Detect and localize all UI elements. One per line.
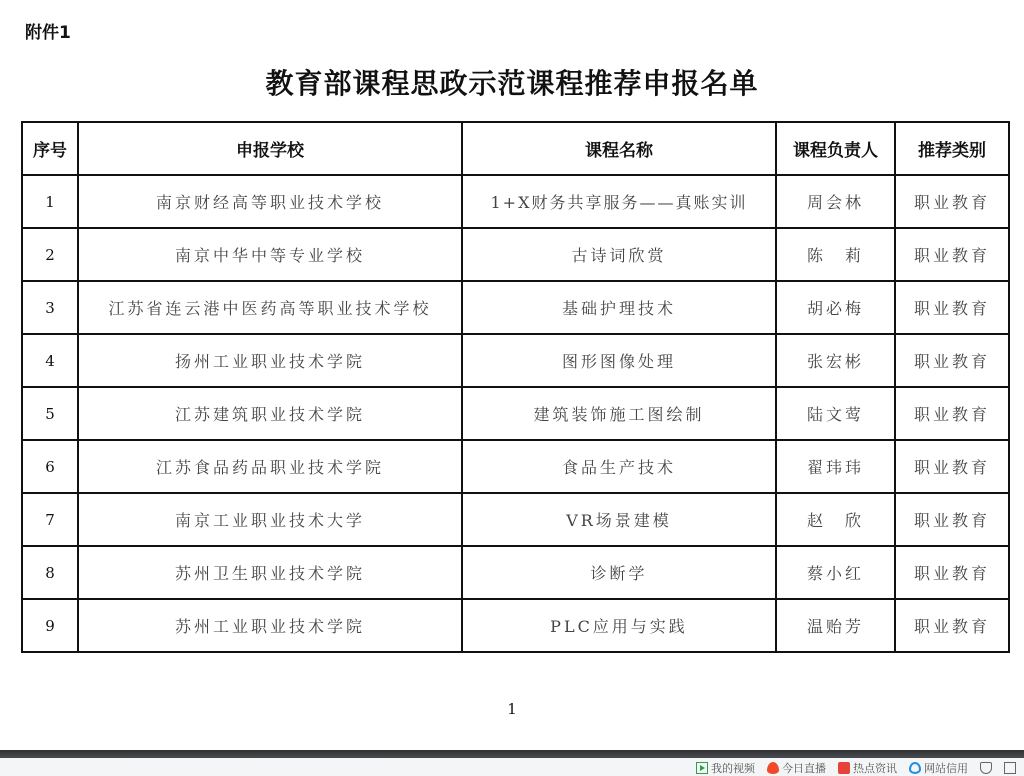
cell-leader: 胡必梅 bbox=[776, 281, 895, 334]
cell-course: 1+X财务共享服务——真账实训 bbox=[462, 175, 776, 228]
page-title: 教育部课程思政示范课程推荐申报名单 bbox=[0, 62, 1024, 102]
cell-index: 8 bbox=[22, 546, 78, 599]
cell-leader: 张宏彬 bbox=[776, 334, 895, 387]
cell-index: 5 bbox=[22, 387, 78, 440]
status-label: 热点资讯 bbox=[853, 760, 897, 776]
fire-icon bbox=[767, 762, 779, 774]
status-label: 我的视频 bbox=[711, 760, 755, 776]
cell-course: 诊断学 bbox=[462, 546, 776, 599]
cell-index: 4 bbox=[22, 334, 78, 387]
table-row: 6 江苏食品药品职业技术学院 食品生产技术 翟玮玮 职业教育 bbox=[22, 440, 1009, 493]
table-row: 5 江苏建筑职业技术学院 建筑装饰施工图绘制 陆文莺 职业教育 bbox=[22, 387, 1009, 440]
viewer-scrollbar[interactable] bbox=[0, 750, 1024, 758]
table-row: 1 南京财经高等职业技术学校 1+X财务共享服务——真账实训 周会林 职业教育 bbox=[22, 175, 1009, 228]
status-site-credit[interactable]: 网站信用 bbox=[909, 760, 968, 776]
cell-leader: 温贻芳 bbox=[776, 599, 895, 652]
table-row: 3 江苏省连云港中医药高等职业技术学校 基础护理技术 胡必梅 职业教育 bbox=[22, 281, 1009, 334]
table-row: 4 扬州工业职业技术学院 图形图像处理 张宏彬 职业教育 bbox=[22, 334, 1009, 387]
news-icon bbox=[838, 762, 850, 774]
cell-category: 职业教育 bbox=[895, 599, 1009, 652]
cell-school: 江苏省连云港中医药高等职业技术学校 bbox=[78, 281, 462, 334]
cell-school: 南京中华中等专业学校 bbox=[78, 228, 462, 281]
status-hot-news[interactable]: 热点资讯 bbox=[838, 760, 897, 776]
cell-leader: 周会林 bbox=[776, 175, 895, 228]
header-index: 序号 bbox=[22, 122, 78, 175]
cell-category: 职业教育 bbox=[895, 546, 1009, 599]
course-list-table: 序号 申报学校 课程名称 课程负责人 推荐类别 1 南京财经高等职业技术学校 1… bbox=[21, 121, 1010, 653]
cell-school: 苏州工业职业技术学院 bbox=[78, 599, 462, 652]
cell-course: PLC应用与实践 bbox=[462, 599, 776, 652]
header-category: 推荐类别 bbox=[895, 122, 1009, 175]
cell-course: 基础护理技术 bbox=[462, 281, 776, 334]
header-leader: 课程负责人 bbox=[776, 122, 895, 175]
cell-course: VR场景建模 bbox=[462, 493, 776, 546]
cell-school: 苏州卫生职业技术学院 bbox=[78, 546, 462, 599]
table-row: 9 苏州工业职业技术学院 PLC应用与实践 温贻芳 职业教育 bbox=[22, 599, 1009, 652]
cell-index: 2 bbox=[22, 228, 78, 281]
video-icon bbox=[696, 762, 708, 774]
cell-index: 6 bbox=[22, 440, 78, 493]
cell-leader: 陆文莺 bbox=[776, 387, 895, 440]
shield-icon[interactable] bbox=[980, 762, 992, 774]
cell-category: 职业教育 bbox=[895, 493, 1009, 546]
cell-index: 7 bbox=[22, 493, 78, 546]
header-school: 申报学校 bbox=[78, 122, 462, 175]
cell-course: 古诗词欣赏 bbox=[462, 228, 776, 281]
status-label: 网站信用 bbox=[924, 760, 968, 776]
cell-school: 南京财经高等职业技术学校 bbox=[78, 175, 462, 228]
cell-category: 职业教育 bbox=[895, 334, 1009, 387]
attachment-label: 附件1 bbox=[25, 18, 71, 43]
cell-school: 扬州工业职业技术学院 bbox=[78, 334, 462, 387]
table-row: 2 南京中华中等专业学校 古诗词欣赏 陈 莉 职业教育 bbox=[22, 228, 1009, 281]
status-my-videos[interactable]: 我的视频 bbox=[696, 760, 755, 776]
cell-category: 职业教育 bbox=[895, 440, 1009, 493]
table-header-row: 序号 申报学校 课程名称 课程负责人 推荐类别 bbox=[22, 122, 1009, 175]
table-row: 8 苏州卫生职业技术学院 诊断学 蔡小红 职业教育 bbox=[22, 546, 1009, 599]
cell-category: 职业教育 bbox=[895, 175, 1009, 228]
cell-index: 3 bbox=[22, 281, 78, 334]
cell-school: 南京工业职业技术大学 bbox=[78, 493, 462, 546]
cell-leader: 赵 欣 bbox=[776, 493, 895, 546]
cell-leader: 蔡小红 bbox=[776, 546, 895, 599]
cell-school: 江苏建筑职业技术学院 bbox=[78, 387, 462, 440]
cell-index: 9 bbox=[22, 599, 78, 652]
cell-category: 职业教育 bbox=[895, 387, 1009, 440]
browser-status-bar: 我的视频 今日直播 热点资讯 网站信用 bbox=[0, 758, 1024, 776]
cell-leader: 陈 莉 bbox=[776, 228, 895, 281]
cell-course: 建筑装饰施工图绘制 bbox=[462, 387, 776, 440]
cell-leader: 翟玮玮 bbox=[776, 440, 895, 493]
cell-category: 职业教育 bbox=[895, 281, 1009, 334]
status-label: 今日直播 bbox=[782, 760, 826, 776]
drop-icon bbox=[909, 762, 921, 774]
cell-course: 食品生产技术 bbox=[462, 440, 776, 493]
header-course: 课程名称 bbox=[462, 122, 776, 175]
status-live-today[interactable]: 今日直播 bbox=[767, 760, 826, 776]
page-number: 1 bbox=[0, 700, 1024, 718]
cell-school: 江苏食品药品职业技术学院 bbox=[78, 440, 462, 493]
table-row: 7 南京工业职业技术大学 VR场景建模 赵 欣 职业教育 bbox=[22, 493, 1009, 546]
cell-category: 职业教育 bbox=[895, 228, 1009, 281]
image-icon[interactable] bbox=[1004, 762, 1016, 774]
cell-index: 1 bbox=[22, 175, 78, 228]
cell-course: 图形图像处理 bbox=[462, 334, 776, 387]
